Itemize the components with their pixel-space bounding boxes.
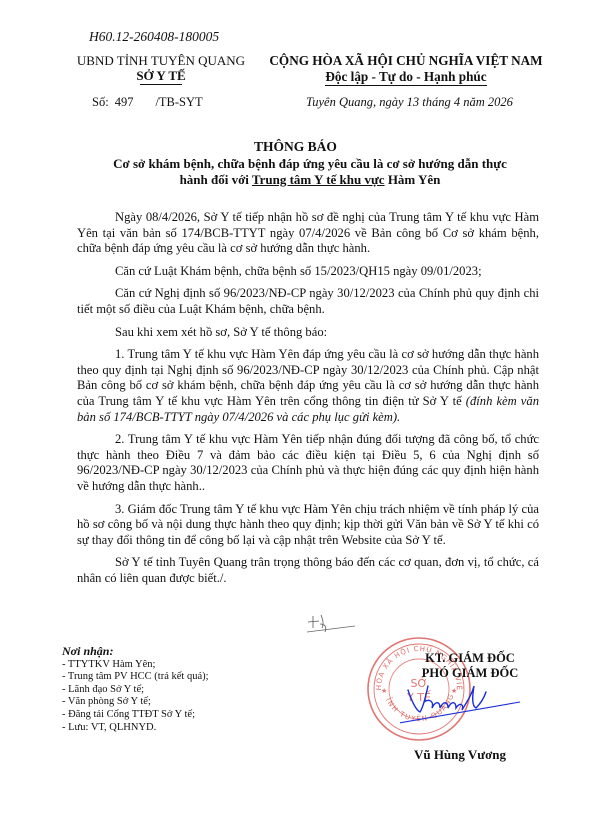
- initials-mark: [305, 612, 360, 637]
- recipient-item: - TTYTKV Hàm Yên;: [62, 659, 209, 672]
- signature-block: KT. GIÁM ĐỐC PHÓ GIÁM ĐỐC: [400, 651, 540, 681]
- paragraph-item-3: 3. Giám đốc Trung tâm Y tế khu vực Hàm Y…: [77, 502, 539, 549]
- department-name: SỞ Y TẾ: [66, 68, 256, 83]
- svg-text:★: ★: [381, 687, 387, 695]
- paragraph-announcement: Sau khi xem xét hồ sơ, Sở Y tế thông báo…: [77, 325, 539, 341]
- handwritten-signature-icon: [400, 680, 530, 730]
- subtitle-underlined: Trung tâm Y tế khu vực: [252, 172, 385, 187]
- national-header: CỘNG HÒA XÃ HỘI CHỦ NGHĨA VIỆT NAM Độc l…: [256, 53, 556, 85]
- recipient-item: - Đăng tải Cổng TTĐT Sở Y tế;: [62, 709, 209, 722]
- document-number: Số:497/TB-SYT: [92, 95, 203, 110]
- document-subtitle: Cơ sở khám bệnh, chữa bệnh đáp ứng yêu c…: [100, 156, 520, 187]
- number-label: Số:: [92, 95, 109, 109]
- issuing-authority: UBND TỈNH TUYÊN QUANG SỞ Y TẾ: [66, 53, 256, 85]
- document-body: Ngày 08/4/2026, Sở Y tế tiếp nhận hồ sơ …: [77, 210, 539, 593]
- organization-name: UBND TỈNH TUYÊN QUANG: [66, 53, 256, 68]
- number-value: 497: [115, 95, 134, 109]
- subtitle-line-2: hành đối với Trung tâm Y tế khu vực Hàm …: [100, 172, 520, 188]
- paragraph-closing: Sở Y tế tỉnh Tuyên Quang trân trọng thôn…: [77, 555, 539, 586]
- recipients-list: Nơi nhận: - TTYTKV Hàm Yên; - Trung tâm …: [62, 645, 209, 734]
- recipient-item: - Lãnh đạo Sở Y tế;: [62, 684, 209, 697]
- paragraph-legal-basis-1: Căn cứ Luật Khám bệnh, chữa bệnh số 15/2…: [77, 264, 539, 280]
- paragraph-intro: Ngày 08/4/2026, Sở Y tế tiếp nhận hồ sơ …: [77, 210, 539, 257]
- signer-name: Vũ Hùng Vương: [375, 747, 545, 763]
- subtitle-line-1: Cơ sở khám bệnh, chữa bệnh đáp ứng yêu c…: [100, 156, 520, 172]
- place-date: Tuyên Quang, ngày 13 tháng 4 năm 2026: [306, 95, 513, 110]
- recipient-item: - Trung tâm PV HCC (trả kết quả);: [62, 671, 209, 684]
- signature-authority: KT. GIÁM ĐỐC: [400, 651, 540, 666]
- recipient-item: - Văn phòng Sở Y tế;: [62, 696, 209, 709]
- paragraph-legal-basis-2: Căn cứ Nghị định số 96/2023/NĐ-CP ngày 3…: [77, 286, 539, 317]
- signature-position: PHÓ GIÁM ĐỐC: [400, 666, 540, 681]
- national-motto: Độc lập - Tự do - Hạnh phúc: [256, 69, 556, 85]
- nation-title: CỘNG HÒA XÃ HỘI CHỦ NGHĨA VIỆT NAM: [256, 53, 556, 69]
- recipients-label: Nơi nhận:: [62, 645, 209, 658]
- number-suffix: /TB-SYT: [155, 95, 202, 109]
- document-code: H60.12-260408-180005: [89, 29, 219, 45]
- recipient-item: - Lưu: VT, QLHNYD.: [62, 722, 209, 735]
- paragraph-item-1: 1. Trung tâm Y tế khu vực Hàm Yên đáp ứn…: [77, 347, 539, 425]
- paragraph-item-2: 2. Trung tâm Y tế khu vực Hàm Yên tiếp n…: [77, 432, 539, 494]
- department-underline: [140, 84, 182, 85]
- document-title: THÔNG BÁO: [0, 139, 591, 155]
